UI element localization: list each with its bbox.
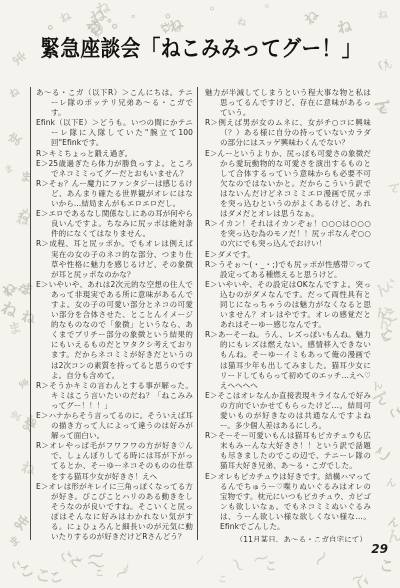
doodle-char: こ (383, 276, 398, 291)
doodle-char: こ (376, 324, 396, 344)
doodle-char: 〜 (226, 555, 247, 576)
dialogue-paragraph: E＞オレは形がキレイに三角っぽくなってる方が好き。ぴこぴことハリのある動きをしそ… (36, 482, 193, 542)
dialogue-paragraph: 魅力が半減してしまうという程大事な物と私は思ってるんですけど、存在に意味があるっ… (205, 88, 371, 118)
scanned-page: ねこまん。〜ねこねこまん。〜ねこねこまん。〜ねこねこまん。〜ねこねこまん。〜ねこ… (0, 0, 400, 588)
dialogue-paragraph: E＞そこはオレなんか直接表現キライなんで好みの方向でいかせてもらったけど…。結局… (205, 391, 371, 431)
doodle-char: 〜 (350, 570, 366, 586)
doodle-char: ね (20, 310, 37, 327)
doodle-char: こ (373, 101, 386, 114)
dialogue-paragraph: E＞いやいや、あれは2次元的な空想の住人であって非現実である所に意味があるんです… (36, 280, 193, 381)
page-title: 緊急座談会「ねこみみってグー！」 (31, 30, 370, 62)
doodle-char: ま (7, 534, 22, 549)
doodle-char: こ (375, 100, 389, 114)
doodle-char: ん (371, 380, 385, 394)
doodle-char: ね (94, 0, 111, 17)
doodle-char: ね (0, 299, 20, 320)
doodle-char: こ (68, 554, 85, 571)
doodle-char: こ (383, 308, 400, 325)
doodle-char: こ (353, 574, 372, 588)
dialogue-paragraph: R＞うそぉ〜(・_・;)でも尻ッポが性感帯♡って設定ってある種燃えると思うけど。 (205, 260, 371, 280)
doodle-char: ね (20, 461, 37, 478)
doodle-char: ね (0, 280, 20, 300)
dialogue-paragraph: あ〜る・こガ（以下R）＞こんにちは。テニーレ隊のポッテリ兄弟あ〜る・こガです。 (36, 88, 193, 118)
dialogue-paragraph: R＞オレやっぱ毛がフワフワの方が好き♡んで、しょんぼりしてる時には耳が下がってる… (36, 441, 193, 481)
doodle-char: ま (19, 282, 36, 299)
doodle-char: ま (8, 408, 25, 425)
doodle-char: ま (9, 512, 33, 536)
doodle-char: ま (16, 376, 31, 391)
dialogue-paragraph: R＞イカン！それはイカンぞぉ！○○○は○○○を突っ込む為のモノだ！！尻ッポなんぞ… (205, 219, 371, 249)
doodle-char: ま (7, 321, 24, 338)
dialogue-paragraph: R＞そーそー可愛いもんは猫耳もピカチュウも広末もみーんな大好きさ！！という訳で話… (205, 431, 371, 471)
doodle-char: こ (378, 329, 394, 345)
doodle-char: 。 (106, 11, 122, 27)
doodle-char: ま (8, 48, 29, 69)
doodle-char: 〜 (85, 556, 106, 577)
doodle-char: こ (265, 560, 278, 573)
dialogue-paragraph: R＞あーそーね。うん、レズっぽいもんね。魅力的にもレズは燃えない。感情移入できな… (205, 330, 371, 391)
doodle-char: こ (57, 548, 74, 565)
doodle-char: ん (374, 305, 388, 319)
doodle-char: 。 (264, 0, 281, 14)
doodle-char: こ (17, 562, 37, 582)
doodle-char: ね (302, 8, 322, 28)
doodle-char: 。 (159, 0, 180, 21)
doodle-char: こ (377, 304, 396, 323)
doodle-char: ん (387, 179, 400, 196)
dialogue-paragraph: R＞成程、耳と尻ッポか。でもオレは例えば実在の女の子のネコ的な部分、つまり仕草や… (36, 239, 193, 279)
doodle-char: こ (218, 576, 228, 586)
doodle-char: ん (387, 516, 400, 529)
doodle-char: 〜 (67, 552, 85, 570)
doodle-char: ね (15, 213, 30, 228)
doodle-char: ね (58, 10, 73, 25)
doodle-char: こ (48, 570, 65, 587)
doodle-char: ん (381, 60, 395, 74)
dialogue-paragraph: R＞キミちょっと鍛え過ぎ。 (36, 149, 193, 159)
doodle-char: ね (15, 284, 27, 296)
doodle-char: こ (386, 404, 400, 421)
doodle-char: 〜 (252, 550, 271, 569)
right-text-column: 魅力が半減してしまうという程大事な物と私は思ってるんですけど、存在に意味があるっ… (205, 88, 371, 542)
column-divider (197, 87, 198, 540)
doodle-char: 〜 (311, 548, 333, 570)
doodle-char: 。 (105, 9, 128, 32)
doodle-char: こ (372, 443, 396, 467)
doodle-char: 。 (208, 2, 226, 20)
page-number: 29 (371, 542, 388, 556)
doodle-char: 。 (127, 6, 141, 20)
dialogue-paragraph: R＞そうかキミの言わんとする事が解った。キミはこう言いたいのだね？「ねこみみって… (36, 381, 193, 411)
doodle-char: ん (376, 314, 394, 332)
dialogue-paragraph: E＞ハナからそう言ってるのに。そういえば耳の描き方って人によって違うのは好みが解… (36, 411, 193, 441)
dialogue-paragraph: E＞エロであるなし関係なしにあの耳が何やら良いんですよ。ちなみに尻ッポは絶対条件… (36, 209, 193, 239)
doodle-char: こ (374, 56, 391, 73)
doodle-char: ま (5, 129, 26, 150)
doodle-char: 。 (171, 17, 183, 29)
doodle-char: ね (8, 87, 22, 101)
doodle-char: ん (370, 387, 392, 409)
doodle-char: ん (371, 95, 395, 119)
dialogue-paragraph: E＞いやいや、その設定はOKなんですよ。突っ込むのがダメなんです。だって両性具有… (205, 280, 371, 330)
doodle-char: ね (87, 6, 109, 28)
doodle-char: 〜 (113, 564, 132, 583)
left-text-column: あ〜る・こガ（以下R）＞こんにちは。テニーレ隊のポッテリ兄弟あ〜る・こガです。E… (36, 88, 193, 542)
doodle-char: ね (236, 18, 247, 29)
doodle-char: 〜 (86, 547, 105, 566)
dialogue-paragraph: E＞オレもピカチュウは好きです。結構ハマってるんでちゅうー♡喋りぬいぐるみはオレ… (205, 472, 371, 533)
dialogue-paragraph: E＞ダメです。 (205, 250, 371, 260)
doodle-char: こ (34, 567, 53, 586)
doodle-char: こ (378, 558, 395, 575)
doodle-char: ん (386, 479, 396, 489)
doodle-char: こ (8, 558, 21, 571)
dialogue-paragraph: Efink（以下E）＞どうも。いつの間にかテニーレ隊に入隊していた"腕立て100… (36, 118, 193, 148)
left-margin-rule (30, 87, 31, 540)
doodle-char: ま (4, 165, 16, 177)
doodle-char: ん (373, 280, 393, 300)
date-line: （11月某日、あ〜る・こガ自宅にて） (205, 535, 371, 542)
dialogue-paragraph: R＞そぉ？んー魔力にファンタジーは感じるけど、あんまり確たる世界観がオレにはない… (36, 179, 193, 209)
doodle-char: 〜 (193, 553, 208, 568)
doodle-char: 〜 (119, 561, 134, 576)
doodle-char: ね (377, 10, 388, 21)
doodle-char: ね (2, 287, 14, 299)
dialogue-paragraph: R＞例えば男が女のムネに、女がチ○コに興味（？）ある様に自分の持っていないカラダ… (205, 118, 371, 148)
doodle-char: こ (94, 569, 104, 579)
dialogue-paragraph: E＞25歳過ぎたら体力が勝負っすよ。ところでネコミミってグーだとおもいません？ (36, 159, 193, 179)
dialogue-paragraph: E＞んーというよりか、尻っぽも可愛さの象徴だから愛玩動物的な可愛さを演出するもの… (205, 149, 371, 220)
